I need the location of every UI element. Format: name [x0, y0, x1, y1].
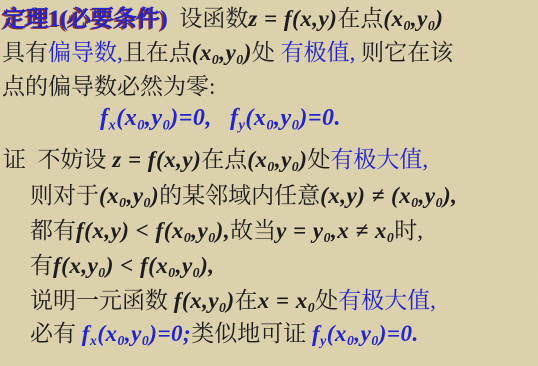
- text-segment-mathblue: fy(x0,y0)=0.: [230, 105, 341, 131]
- slide-text-content: 定理1(必要条件) 设函数z = f(x,y)在点(x0,y0)具有偏导数,且在…: [0, 0, 538, 366]
- text-segment-math: y = y0,x ≠ x0: [276, 218, 394, 243]
- text-segment-math: z = f(x,y): [112, 147, 201, 172]
- text-segment-cn: 故当: [230, 218, 276, 243]
- text-segment-math: (x0,y0): [192, 40, 252, 65]
- theorem-body-line-2: 点的偏导数必然为零:: [2, 72, 215, 101]
- text-segment-cn: 类似地可证: [191, 321, 312, 346]
- text-segment-math: f(x,y) < f(x0,y0),: [76, 218, 230, 243]
- theorem-body-line-1: 具有偏导数,且在点(x0,y0)处 有极值, 则它在该: [2, 38, 453, 67]
- text-segment-math: x = x0: [258, 288, 316, 313]
- text-segment-cn: 时,: [394, 218, 423, 243]
- proof-line-3: 都有f(x,y) < f(x0,y0),故当y = y0,x ≠ x0时,: [30, 216, 423, 245]
- text-segment-cn: 具有: [2, 40, 48, 65]
- text-segment-cnblue: 偏导数,: [48, 40, 123, 65]
- proof-line-5: 说明一元函数 f(x,y0)在x = x0处有极大值,: [30, 286, 436, 315]
- text-segment-mathblue: fx(x0,y0)=0,: [100, 105, 212, 131]
- text-segment-math: (x0,y0): [99, 183, 159, 208]
- text-segment-cn: 有: [30, 253, 53, 278]
- proof-line-1: 证 不妨设 z = f(x,y)在点(x0,y0)处有极大值,: [3, 145, 428, 174]
- lecture-slide: 定理1(必要条件) 设函数z = f(x,y)在点(x0,y0)具有偏导数,且在…: [0, 0, 538, 366]
- text-segment-mathblue: fy(x0,y0)=0.: [312, 321, 419, 346]
- text-segment-cn: 的某邻域内任意: [159, 183, 320, 208]
- text-segment-cn: 必有: [30, 321, 82, 346]
- text-segment-math: f(x,y0): [174, 288, 235, 313]
- text-segment-title: 定理1(必要条件): [3, 6, 168, 31]
- text-segment-math: (x,y) ≠ (x0,y0),: [320, 183, 457, 208]
- text-segment-math: (x0,y0): [247, 147, 307, 172]
- text-segment-cn: 在点: [337, 6, 383, 31]
- proof-line-2: 则对于(x0,y0)的某邻域内任意(x,y) ≠ (x0,y0),: [30, 181, 457, 210]
- proof-line-4: 有f(x,y0) < f(x0,y0),: [30, 251, 214, 280]
- text-segment-cn: 设函数: [168, 6, 249, 31]
- text-segment-cn: 在: [235, 288, 258, 313]
- text-segment-cnblue: 有极大值,: [338, 288, 436, 313]
- text-segment-cnblue: 有极大值,: [330, 147, 428, 172]
- text-segment-math: z = f(x,y): [248, 6, 337, 31]
- text-segment-cn: 都有: [30, 218, 76, 243]
- text-segment-cn: 说明一元函数: [30, 288, 174, 313]
- text-segment-cn: 处: [315, 288, 338, 313]
- text-segment-cn: 证: [3, 147, 26, 172]
- text-segment-mathblue: fx(x0,y0)=0;: [82, 321, 191, 346]
- text-segment-math: f(x,y0) < f(x0,y0),: [53, 253, 214, 278]
- text-segment-cn: 且在点: [123, 40, 192, 65]
- text-segment-math: (x0,y0): [383, 6, 443, 31]
- text-segment-cn: [212, 105, 230, 131]
- text-segment-cn: 处: [307, 147, 330, 172]
- text-segment-cn: 处: [252, 40, 281, 65]
- text-segment-cn: 在点: [201, 147, 247, 172]
- text-segment-cn: 则它在该: [355, 40, 453, 65]
- text-segment-cn: 不妨设: [26, 147, 112, 172]
- necessary-condition-formula: fx(x0,y0)=0, fy(x0,y0)=0.: [100, 104, 341, 133]
- text-segment-cn: 则对于: [30, 183, 99, 208]
- proof-line-6: 必有 fx(x0,y0)=0;类似地可证 fy(x0,y0)=0.: [30, 319, 419, 348]
- text-segment-cnblue: 有极值,: [281, 40, 356, 65]
- text-segment-cn: 点的偏导数必然为零:: [2, 74, 215, 99]
- theorem-heading-line: 定理1(必要条件) 设函数z = f(x,y)在点(x0,y0): [3, 4, 443, 33]
